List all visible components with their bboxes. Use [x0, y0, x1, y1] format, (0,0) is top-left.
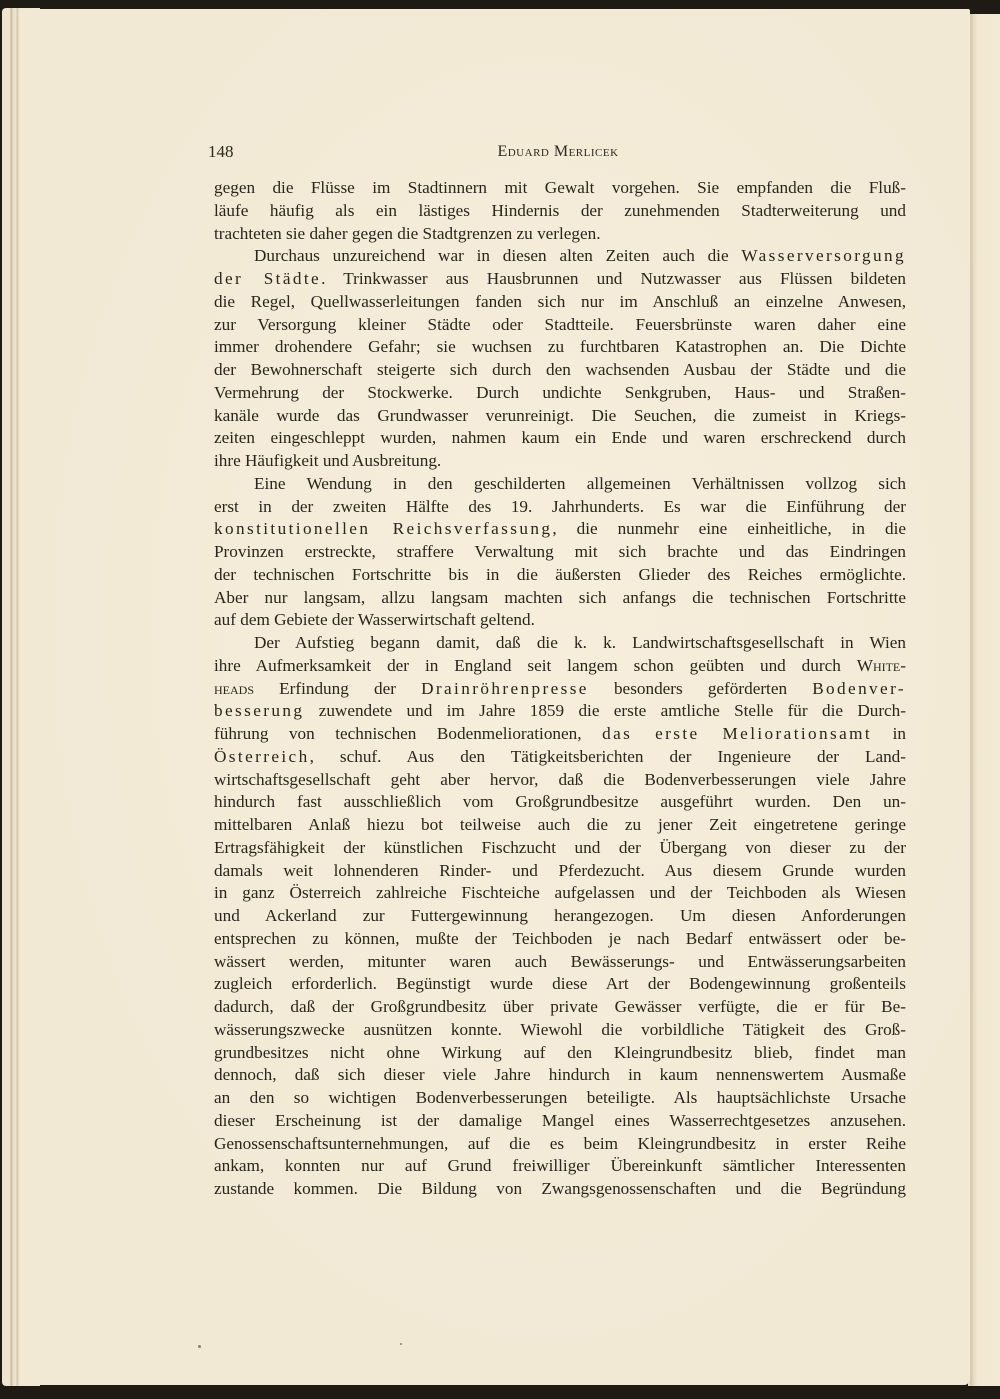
text-line: entsprechen zu können, mußte der Teichbo…: [214, 928, 906, 951]
text-run: . Trinkwasser aus Hausbrunnen und Nutzwa…: [321, 269, 906, 288]
dust-speck: [198, 1345, 201, 1348]
text-run: hindurch fast ausschließlich vom Großgru…: [214, 792, 906, 811]
text-line: dieser Erscheinung ist der damalige Mang…: [214, 1110, 906, 1133]
emphasized-text: Bodenver-: [812, 679, 906, 698]
emphasized-text: konstitutionellen Reichsverfassung: [214, 519, 552, 538]
text-run: in: [872, 724, 906, 743]
text-run: zugleich erforderlich. Begünstigt wurde …: [214, 974, 906, 993]
text-run: Erfindung der: [254, 679, 421, 698]
text-line: kanäle wurde das Grundwasser verunreinig…: [214, 405, 906, 428]
text-line: grundbesitzes nicht ohne Wirkung auf den…: [214, 1042, 906, 1065]
text-run: der technischen Fortschritte bis in die …: [214, 565, 906, 584]
text-run: auf dem Gebiete der Wasserwirtschaft gel…: [214, 610, 535, 629]
text-run: an den so wichtigen Bodenverbesserungen …: [214, 1088, 906, 1107]
text-run: wässert werden, mitunter waren auch Bewä…: [214, 952, 906, 971]
text-run: die Regel, Quellwasserleitungen fanden s…: [214, 292, 906, 311]
emphasized-text: besserung: [214, 701, 304, 720]
text-run: zeiten eingeschleppt wurden, nahmen kaum…: [214, 428, 906, 447]
text-run: gegen die Flüsse im Stadtinnern mit Gewa…: [214, 178, 906, 197]
text-line: Ertragsfähigkeit der künstlichen Fischzu…: [214, 837, 906, 860]
text-line: auf dem Gebiete der Wasserwirtschaft gel…: [214, 609, 906, 632]
text-line: die Regel, Quellwasserleitungen fanden s…: [214, 291, 906, 314]
text-run: erst in der zweiten Hälfte des 19. Jahrh…: [214, 497, 906, 516]
text-line: konstitutionellen Reichsverfassung, die …: [214, 518, 906, 541]
text-line: zur Versorgung kleiner Städte oder Stadt…: [214, 314, 906, 337]
text-line: besserung zuwendete und im Jahre 1859 di…: [214, 700, 906, 723]
running-head: 148 Eduard Merlicek: [208, 140, 908, 164]
text-run: Provinzen erstreckte, straffere Verwaltu…: [214, 542, 906, 561]
text-run: immer drohendere Gefahr; sie wuchsen zu …: [214, 337, 906, 356]
text-run: Ertragsfähigkeit der künstlichen Fischzu…: [214, 838, 906, 857]
emphasized-text: das erste Meliorationsamt: [602, 724, 872, 743]
text-run: dennoch, daß sich dieser viele Jahre hin…: [214, 1065, 906, 1084]
text-run: dieser Erscheinung ist der damalige Mang…: [214, 1111, 906, 1130]
text-line: wässerungszwecke ausnützen konnte. Wiewo…: [214, 1019, 906, 1042]
small-caps-name: heads: [214, 679, 254, 698]
text-line: Provinzen erstreckte, straffere Verwaltu…: [214, 541, 906, 564]
text-line: der technischen Fortschritte bis in die …: [214, 564, 906, 587]
text-run: zuwendete und im Jahre 1859 die erste am…: [304, 701, 906, 720]
text-run: dadurch, daß der Großgrundbesitz über pr…: [214, 997, 906, 1016]
right-page-edges: [968, 14, 1000, 1386]
text-run: entsprechen zu können, mußte der Teichbo…: [214, 929, 906, 948]
text-line: zeiten eingeschleppt wurden, nahmen kaum…: [214, 427, 906, 450]
text-line: Der Aufstieg begann damit, daß die k. k.…: [214, 632, 906, 655]
text-run: Genossenschaftsunternehmungen, auf die e…: [214, 1134, 906, 1153]
text-run: Vermehrung der Stockwerke. Durch undicht…: [214, 383, 906, 402]
text-run: ihre Häufigkeit und Ausbreitung.: [214, 451, 441, 470]
body-text: gegen die Flüsse im Stadtinnern mit Gewa…: [214, 177, 906, 1201]
text-run: zur Versorgung kleiner Städte oder Stadt…: [214, 315, 906, 334]
text-line: Aber nur langsam, allzu langsam machten …: [214, 587, 906, 610]
text-line: Eine Wendung in den geschilderten allgem…: [214, 473, 906, 496]
text-line: dadurch, daß der Großgrundbesitz über pr…: [214, 996, 906, 1019]
text-run: in ganz Österreich zahlreiche Fischteich…: [214, 883, 906, 902]
text-line: ihre Häufigkeit und Ausbreitung.: [214, 450, 906, 473]
text-line: der Bewohnerschaft steigerte sich durch …: [214, 359, 906, 382]
text-line: der Städte. Trinkwasser aus Hausbrunnen …: [214, 268, 906, 291]
emphasized-text: Wasserversorgung: [741, 246, 906, 265]
text-line: zustande kommen. Die Bildung von Zwangsg…: [214, 1178, 906, 1201]
text-run: grundbesitzes nicht ohne Wirkung auf den…: [214, 1043, 906, 1062]
scanned-book-spread: 148 Eduard Merlicek gegen die Flüsse im …: [0, 0, 1000, 1399]
text-line: an den so wichtigen Bodenverbesserungen …: [214, 1087, 906, 1110]
text-run: zustande kommen. Die Bildung von Zwangsg…: [214, 1179, 906, 1198]
text-run: mittelbaren Anlaß hiezu bot teilweise au…: [214, 815, 906, 834]
text-run: trachteten sie daher gegen die Stadtgren…: [214, 224, 601, 243]
text-line: zugleich erforderlich. Begünstigt wurde …: [214, 973, 906, 996]
text-line: immer drohendere Gefahr; sie wuchsen zu …: [214, 336, 906, 359]
text-run: läufe häufig als ein lästiges Hindernis …: [214, 201, 906, 220]
text-line: erst in der zweiten Hälfte des 19. Jahrh…: [214, 496, 906, 519]
text-line: führung von technischen Bodenmelioration…: [214, 723, 906, 746]
paragraph: Eine Wendung in den geschilderten allgem…: [214, 473, 906, 632]
paragraph: Durchaus unzureichend war in diesen alte…: [214, 245, 906, 473]
text-line: Österreich, schuf. Aus den Tätigkeitsber…: [214, 746, 906, 769]
text-run: ankam, konnten nur auf Grund freiwillige…: [214, 1156, 906, 1175]
dust-speck: [400, 1343, 402, 1345]
text-run: ihre Aufmerksamkeit der in England seit …: [214, 656, 857, 675]
emphasized-text: Österreich: [214, 747, 310, 766]
text-run: kanäle wurde das Grundwasser verunreinig…: [214, 406, 906, 425]
text-line: hindurch fast ausschließlich vom Großgru…: [214, 791, 906, 814]
emphasized-text: der Städte: [214, 269, 321, 288]
text-line: damals weit lohnenderen Rinder- und Pfer…: [214, 860, 906, 883]
text-line: ankam, konnten nur auf Grund freiwillige…: [214, 1155, 906, 1178]
paragraph: Der Aufstieg begann damit, daß die k. k.…: [214, 632, 906, 1201]
text-line: Durchaus unzureichend war in diesen alte…: [214, 245, 906, 268]
text-line: Vermehrung der Stockwerke. Durch undicht…: [214, 382, 906, 405]
running-head-author: Eduard Merlicek: [208, 140, 908, 164]
text-line: gegen die Flüsse im Stadtinnern mit Gewa…: [214, 177, 906, 200]
text-run: Aber nur langsam, allzu langsam machten …: [214, 588, 906, 607]
text-line: mittelbaren Anlaß hiezu bot teilweise au…: [214, 814, 906, 837]
text-run: , die nunmehr eine einheitliche, in die: [552, 519, 906, 538]
text-run: besonders geförderten: [589, 679, 812, 698]
text-line: wässert werden, mitunter waren auch Bewä…: [214, 951, 906, 974]
text-run: und Ackerland zur Futtergewinnung herang…: [214, 906, 906, 925]
text-line: in ganz Österreich zahlreiche Fischteich…: [214, 882, 906, 905]
text-run: Durchaus unzureichend war in diesen alte…: [254, 246, 741, 265]
text-run: Der Aufstieg begann damit, daß die k. k.…: [254, 633, 906, 652]
text-line: dennoch, daß sich dieser viele Jahre hin…: [214, 1064, 906, 1087]
text-line: läufe häufig als ein lästiges Hindernis …: [214, 200, 906, 223]
text-run: , schuf. Aus den Tätigkeitsberichten der…: [310, 747, 906, 766]
emphasized-text: Drainröhrenpresse: [421, 679, 589, 698]
text-line: heads Erfindung der Drainröhrenpresse be…: [214, 678, 906, 701]
small-caps-name: White-: [857, 656, 906, 675]
text-run: Eine Wendung in den geschilderten allgem…: [254, 474, 906, 493]
text-line: trachteten sie daher gegen die Stadtgren…: [214, 223, 906, 246]
text-run: führung von technischen Bodenmelioration…: [214, 724, 602, 743]
paragraph: gegen die Flüsse im Stadtinnern mit Gewa…: [214, 177, 906, 245]
text-run: wirtschaftsgesellschaft geht aber hervor…: [214, 770, 906, 789]
text-run: der Bewohnerschaft steigerte sich durch …: [214, 360, 906, 379]
text-line: und Ackerland zur Futtergewinnung herang…: [214, 905, 906, 928]
text-run: damals weit lohnenderen Rinder- und Pfer…: [214, 861, 906, 880]
text-run: wässerungszwecke ausnützen konnte. Wiewo…: [214, 1020, 906, 1039]
text-line: Genossenschaftsunternehmungen, auf die e…: [214, 1133, 906, 1156]
text-line: wirtschaftsgesellschaft geht aber hervor…: [214, 769, 906, 792]
text-line: ihre Aufmerksamkeit der in England seit …: [214, 655, 906, 678]
